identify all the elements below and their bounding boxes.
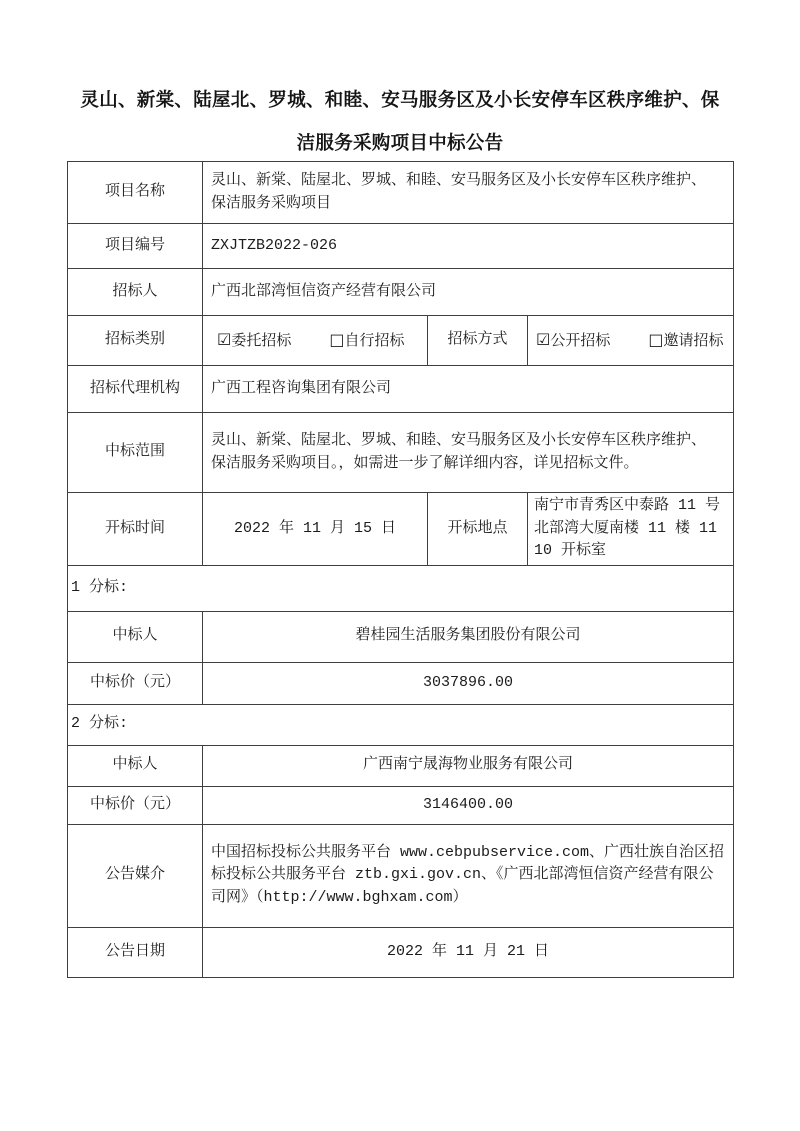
option-self-tender: □自行招标 [329, 328, 404, 354]
section2-price-value: 3146400.00 [203, 786, 734, 824]
tender-method-options: ☑公开招标 □邀请招标 [528, 316, 734, 366]
option-self-label: 自行招标 [344, 333, 404, 350]
checkbox-checked-icon: ☑ [536, 330, 550, 349]
section1-price-label: 中标价（元） [68, 662, 203, 704]
option-invite-label: 邀请招标 [663, 333, 723, 350]
section1-winner-value: 碧桂园生活服务集团股份有限公司 [203, 611, 734, 662]
announcement-table: 项目名称 灵山、新棠、陆屋北、罗城、和睦、安马服务区及小长安停车区秩序维护、保洁… [67, 161, 734, 978]
checkbox-checked-icon: ☑ [217, 330, 231, 349]
tender-method-label: 招标方式 [428, 316, 528, 366]
row-tenderer: 招标人 广西北部湾恒信资产经营有限公司 [68, 269, 734, 316]
opening-place-label: 开标地点 [428, 493, 528, 566]
row-project-no: 项目编号 ZXJTZB2022-026 [68, 224, 734, 269]
document-title-line-1: 灵山、新棠、陆屋北、罗城、和睦、安马服务区及小长安停车区秩序维护、保 [50, 78, 750, 121]
section2-price-label: 中标价（元） [68, 786, 203, 824]
row-section1-heading: 1 分标: [68, 565, 734, 611]
section1-winner-label: 中标人 [68, 611, 203, 662]
row-announcement-media: 公告媒介 中国招标投标公共服务平台 www.cebpubservice.com、… [68, 824, 734, 927]
tenderer-value: 广西北部湾恒信资产经营有限公司 [203, 269, 734, 316]
award-scope-label: 中标范围 [68, 413, 203, 493]
row-section1-price: 中标价（元） 3037896.00 [68, 662, 734, 704]
row-announcement-date: 公告日期 2022 年 11 月 21 日 [68, 927, 734, 977]
agency-label: 招标代理机构 [68, 366, 203, 413]
document-title: 灵山、新棠、陆屋北、罗城、和睦、安马服务区及小长安停车区秩序维护、保 洁服务采购… [50, 78, 750, 164]
row-section2-heading: 2 分标: [68, 704, 734, 745]
document-title-line-2: 洁服务采购项目中标公告 [50, 121, 750, 164]
media-label: 公告媒介 [68, 824, 203, 927]
section1-price-value: 3037896.00 [203, 662, 734, 704]
row-bid-opening: 开标时间 2022 年 11 月 15 日 开标地点 南宁市青秀区中泰路 11 … [68, 493, 734, 566]
project-name-label: 项目名称 [68, 162, 203, 224]
option-entrust-label: 委托招标 [231, 333, 291, 350]
row-section1-winner: 中标人 碧桂园生活服务集团股份有限公司 [68, 611, 734, 662]
row-section2-winner: 中标人 广西南宁晟海物业服务有限公司 [68, 745, 734, 786]
row-award-scope: 中标范围 灵山、新棠、陆屋北、罗城、和睦、安马服务区及小长安停车区秩序维护、保洁… [68, 413, 734, 493]
row-project-name: 项目名称 灵山、新棠、陆屋北、罗城、和睦、安马服务区及小长安停车区秩序维护、保洁… [68, 162, 734, 224]
project-name-value: 灵山、新棠、陆屋北、罗城、和睦、安马服务区及小长安停车区秩序维护、保洁服务采购项… [203, 162, 734, 224]
section1-heading: 1 分标: [68, 565, 734, 611]
opening-place-value: 南宁市青秀区中泰路 11 号北部湾大厦南楼 11 楼 1110 开标室 [528, 493, 734, 566]
opening-time-label: 开标时间 [68, 493, 203, 566]
row-section2-price: 中标价（元） 3146400.00 [68, 786, 734, 824]
section2-heading: 2 分标: [68, 704, 734, 745]
section2-winner-label: 中标人 [68, 745, 203, 786]
date-label: 公告日期 [68, 927, 203, 977]
option-open-label: 公开招标 [550, 333, 610, 350]
row-agency: 招标代理机构 广西工程咨询集团有限公司 [68, 366, 734, 413]
media-value: 中国招标投标公共服务平台 www.cebpubservice.com、广西壮族自… [203, 824, 734, 927]
checkbox-unchecked-icon: □ [329, 330, 344, 349]
document-page: 灵山、新棠、陆屋北、罗城、和睦、安马服务区及小长安停车区秩序维护、保 洁服务采购… [0, 0, 800, 1131]
option-entrust-tender: ☑委托招标 [217, 328, 291, 354]
option-open-tender: ☑公开招标 [536, 328, 610, 354]
section2-winner-value: 广西南宁晟海物业服务有限公司 [203, 745, 734, 786]
checkbox-unchecked-icon: □ [648, 330, 663, 349]
row-tender-category: 招标类别 ☑委托招标 □自行招标 招标方式 ☑公开招标 □邀请招标 [68, 316, 734, 366]
option-invite-tender: □邀请招标 [648, 328, 723, 354]
tender-category-label: 招标类别 [68, 316, 203, 366]
date-value: 2022 年 11 月 21 日 [203, 927, 734, 977]
agency-value: 广西工程咨询集团有限公司 [203, 366, 734, 413]
opening-time-value: 2022 年 11 月 15 日 [203, 493, 428, 566]
tenderer-label: 招标人 [68, 269, 203, 316]
award-scope-value: 灵山、新棠、陆屋北、罗城、和睦、安马服务区及小长安停车区秩序维护、保洁服务采购项… [203, 413, 734, 493]
project-no-value: ZXJTZB2022-026 [203, 224, 734, 269]
tender-category-options: ☑委托招标 □自行招标 [203, 316, 428, 366]
project-no-label: 项目编号 [68, 224, 203, 269]
